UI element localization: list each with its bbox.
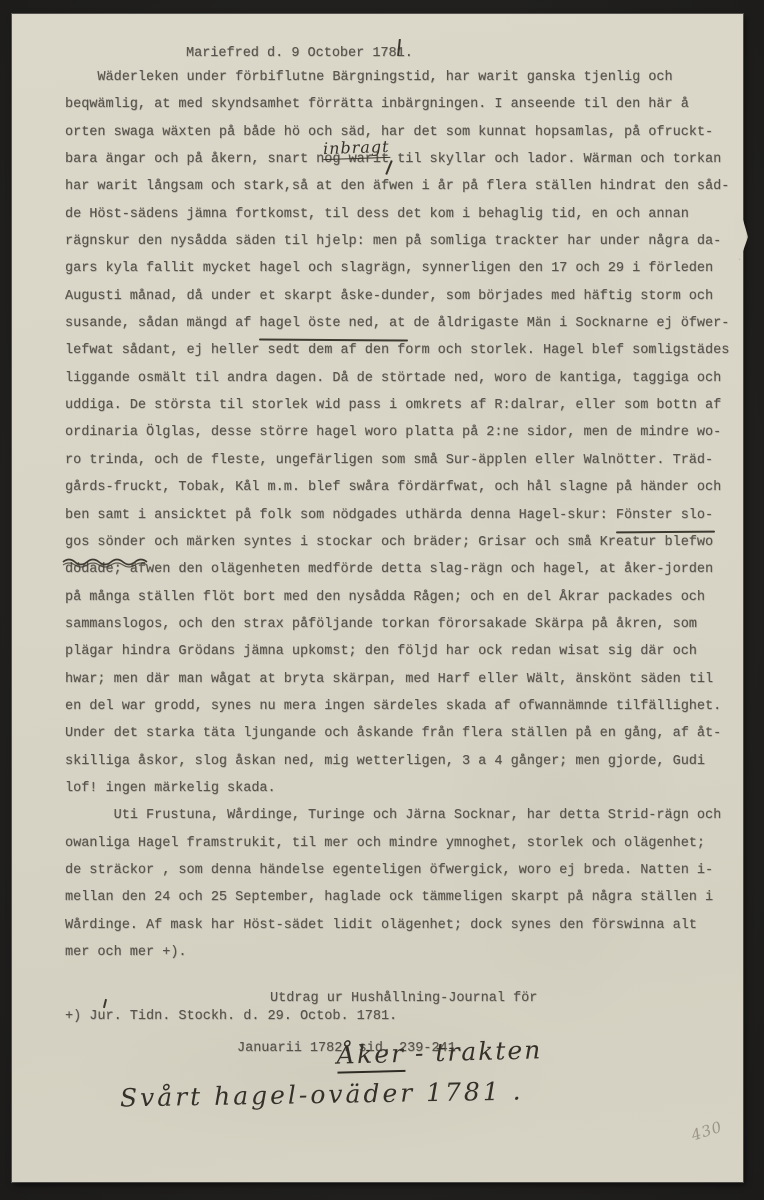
handwritten-summary-note: Svårt hagel-oväder 1781 . xyxy=(120,1076,524,1112)
handwritten-region-title: Åker - trakten xyxy=(337,1035,543,1069)
handwritten-insertion: inbragt xyxy=(323,137,390,158)
pen-correction-mark xyxy=(103,999,107,1008)
handwritten-title-rest: - trakten xyxy=(415,1035,543,1067)
typed-body-text: Wäderleken under förbiflutne Bärgningsti… xyxy=(65,64,729,966)
attribution-line-1: Utdrag ur Hushållning-Journal för xyxy=(270,991,537,1008)
footnote: +) Jur. Tidn. Stockh. d. 29. Octob. 1781… xyxy=(65,1009,397,1025)
torn-edge-notch xyxy=(735,212,748,260)
pencil-page-number: 430 xyxy=(689,1118,725,1145)
handwritten-insertion-word: inbragt xyxy=(323,137,390,160)
document-page: Mariefred d. 9 October 1781. Wäderleken … xyxy=(12,14,743,1182)
handwritten-title-underlined-word: Åker xyxy=(337,1039,406,1074)
dateline: Mariefred d. 9 October 1781. xyxy=(186,44,413,64)
wavy-underline-gos-sonder xyxy=(62,557,154,569)
photograph-of-archival-document: { "document": { "date_line": "Mariefred … xyxy=(0,0,764,1200)
